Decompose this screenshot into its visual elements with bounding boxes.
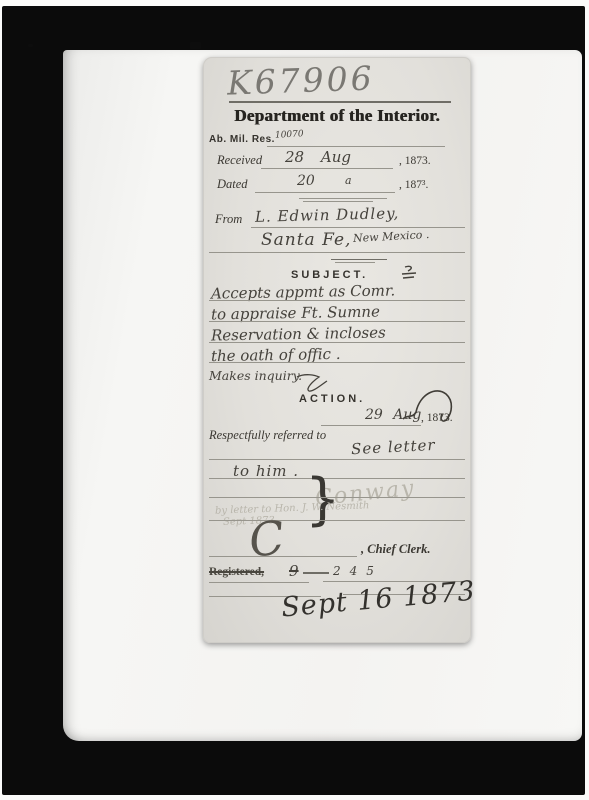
rule-line bbox=[335, 262, 375, 263]
chief-clerk-label: , Chief Clerk. bbox=[361, 542, 430, 557]
rule-line bbox=[331, 259, 387, 260]
rule-line bbox=[209, 252, 465, 253]
referred-note1: See letter bbox=[351, 436, 436, 458]
rule-line bbox=[321, 425, 421, 426]
from-value-line2: Santa Fe, bbox=[261, 230, 351, 250]
ab-mil-res-value: 10070 bbox=[275, 129, 304, 140]
registered-value: 245 bbox=[333, 564, 383, 578]
rule-line bbox=[303, 201, 373, 202]
rule-line bbox=[209, 459, 465, 460]
from-value-line1: L. Edwin Dudley, bbox=[255, 204, 400, 226]
document-card: K67906 Department of the Interior. Ab. M… bbox=[203, 57, 471, 643]
subject-label: SUBJECT. bbox=[291, 269, 368, 281]
action-label: ACTION. bbox=[299, 393, 365, 405]
dated-year: , 187³. bbox=[399, 179, 428, 191]
rule-line bbox=[299, 198, 387, 199]
dated-value-ditto: a bbox=[345, 174, 352, 187]
film-speck bbox=[190, 42, 201, 49]
from-value-line2-suffix: New Mexico . bbox=[353, 228, 430, 245]
received-label: Received bbox=[217, 153, 262, 168]
clerk-faint-note1: by letter to Hon. J. W. Nesmith bbox=[215, 500, 370, 516]
action-date: 29 Aug bbox=[365, 407, 421, 423]
dated-label: Dated bbox=[217, 177, 248, 192]
rule-line bbox=[209, 556, 357, 557]
rule-line bbox=[209, 582, 309, 583]
department-heading: Department of the Interior. bbox=[203, 106, 471, 126]
rule-line bbox=[209, 362, 465, 363]
rule-line bbox=[209, 342, 465, 343]
rule-line bbox=[251, 227, 465, 228]
dated-value: 20 bbox=[297, 173, 315, 189]
rule-line bbox=[267, 146, 445, 147]
registered-label: Registered, bbox=[209, 566, 264, 578]
registered-struck-value: 9 bbox=[289, 562, 299, 580]
referred-label: Respectfully referred to bbox=[209, 428, 326, 443]
rule-line bbox=[209, 497, 465, 498]
rule-line bbox=[229, 101, 451, 103]
received-value: 28 Aug bbox=[285, 148, 351, 166]
rule-line bbox=[261, 168, 393, 169]
bottom-date: Sept 16 1873 bbox=[280, 576, 477, 624]
subject-note: Makes inquiry. bbox=[209, 368, 302, 383]
action-year: , 1873. bbox=[421, 412, 453, 424]
rule-line bbox=[209, 321, 465, 322]
docket-number: K67906 bbox=[226, 58, 375, 102]
rule-line bbox=[209, 300, 465, 301]
microfilm-scan: K67906 Department of the Interior. Ab. M… bbox=[0, 0, 589, 800]
film-speck bbox=[28, 44, 33, 47]
strike-line bbox=[303, 572, 329, 574]
ab-mil-res-label: Ab. Mil. Res. bbox=[209, 134, 275, 145]
rule-line bbox=[255, 192, 395, 193]
from-label: From bbox=[215, 212, 242, 227]
clerk-initial-signature: C bbox=[246, 510, 288, 568]
received-year: , 1873. bbox=[399, 155, 431, 167]
